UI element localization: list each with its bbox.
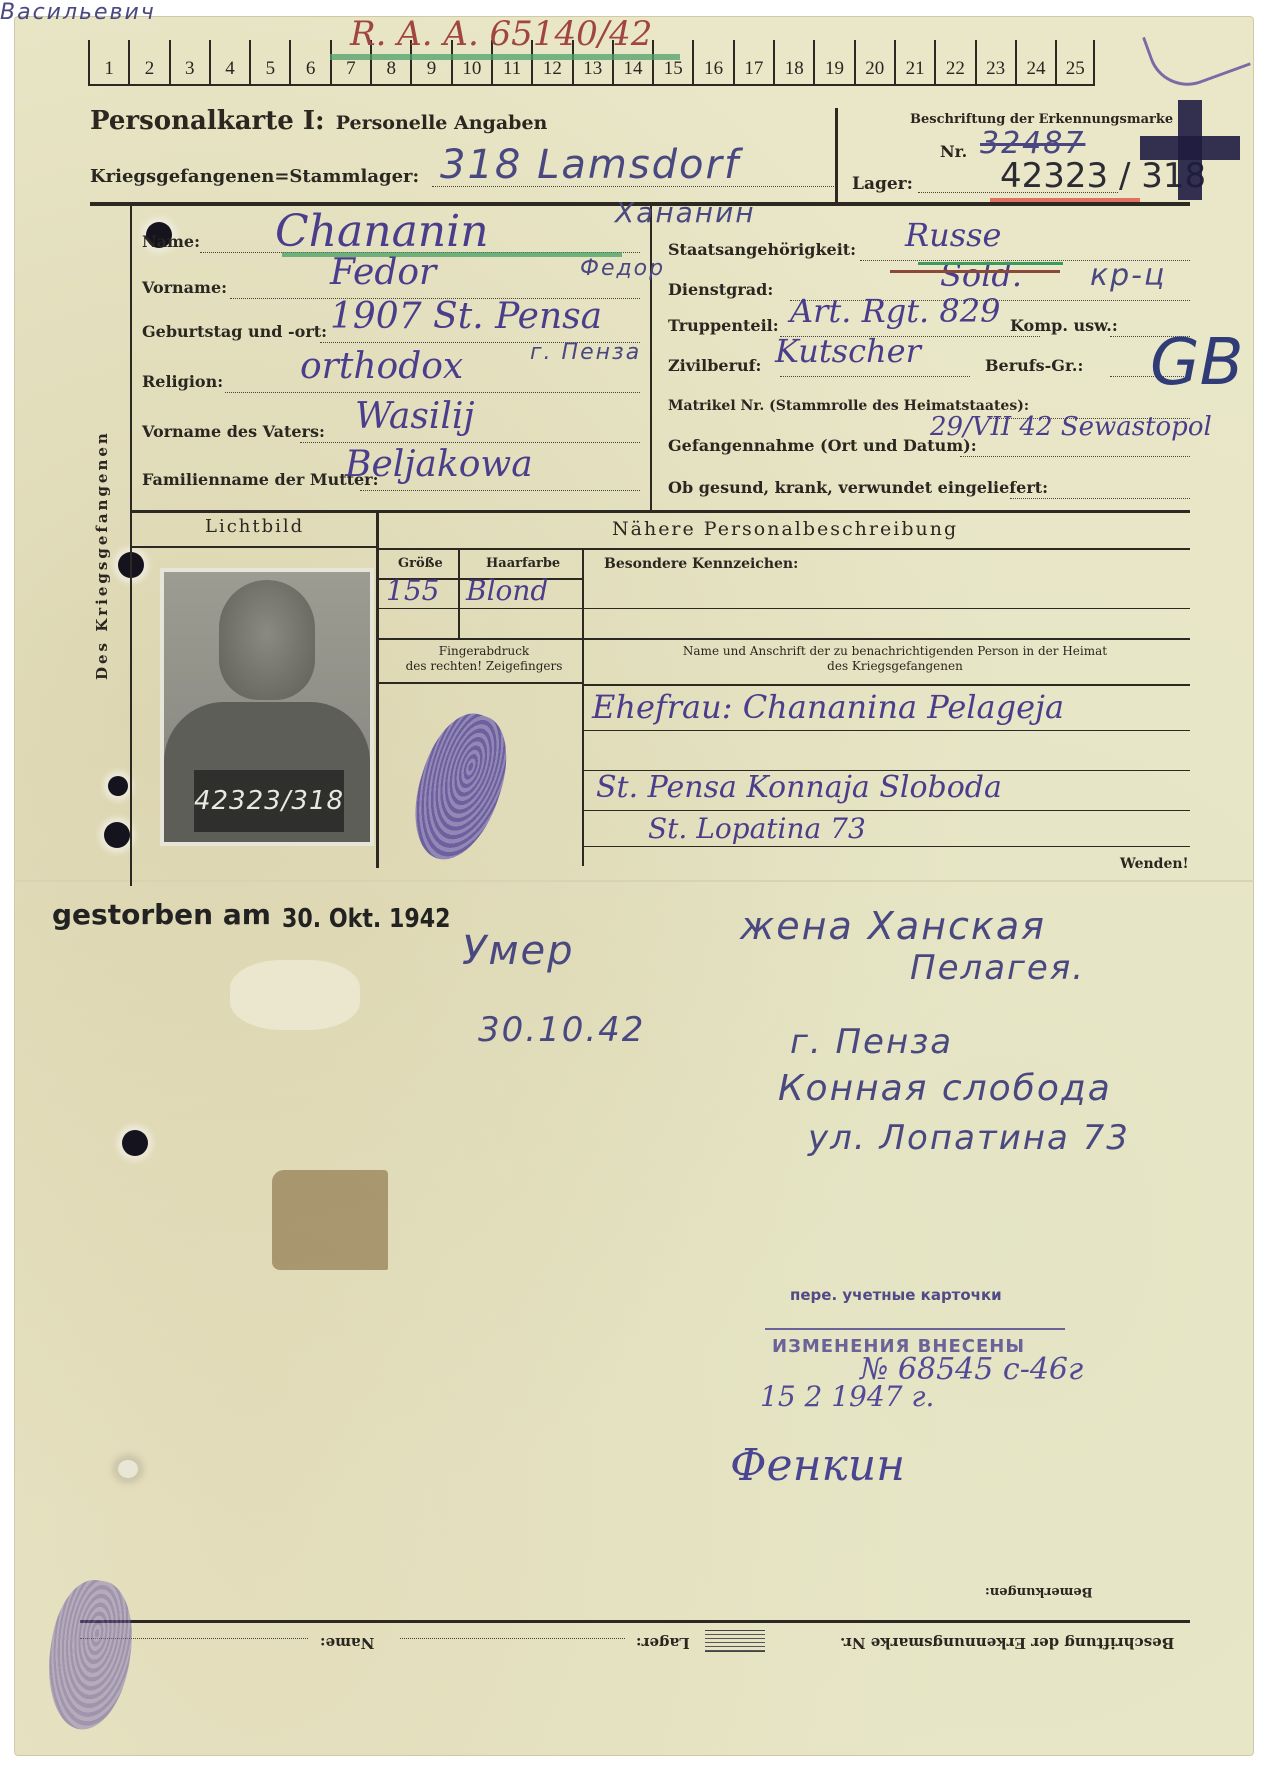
marke-heading: Beschriftung der Erkennungsmarke	[910, 112, 1173, 127]
haarfarbe-label: Haarfarbe	[486, 556, 560, 571]
photo-header-rule	[132, 546, 376, 548]
field-label: Zivilberuf:	[668, 356, 761, 375]
field-value: 29/VII 42 Sewastopol	[930, 412, 1212, 442]
cross-stamp-icon	[1140, 100, 1240, 210]
field-label: Familienname der Mutter:	[142, 470, 379, 489]
contact-rule-0	[584, 684, 1190, 686]
ruler-cell: 15	[652, 40, 692, 84]
field-label: Religion:	[142, 372, 223, 391]
soviet-stamp-line1: пере. учетные карточки	[790, 1286, 1002, 1304]
contact-line-2: St. Pensa Konnaja Sloboda	[596, 770, 1002, 805]
name-green-underline	[282, 252, 622, 257]
russe-green-underline	[918, 262, 1063, 265]
field-line	[960, 456, 1190, 457]
field-line	[360, 490, 640, 491]
field-annotation: Васильевич	[0, 0, 156, 25]
contact-rule-1	[584, 730, 1190, 731]
description-header-rule	[379, 548, 1190, 550]
ruler-cell: 22	[934, 40, 974, 84]
field-label-2: Berufs-Gr.:	[985, 356, 1083, 375]
photo-sign: 42323/318	[194, 770, 344, 832]
paper-peel	[230, 960, 360, 1030]
field-annotation: кр-ц	[1090, 258, 1166, 293]
fingerprint-label-rule	[379, 682, 583, 684]
kennzeichen-label: Besondere Kennzeichen:	[604, 556, 798, 572]
field-label: Truppenteil:	[668, 316, 779, 335]
back-lager-label: Lager:	[636, 1634, 690, 1652]
punch-hole	[108, 776, 128, 796]
photo-header: Lichtbild	[205, 516, 304, 537]
ruler-cell: 23	[975, 40, 1015, 84]
russe-red-underline	[890, 270, 1060, 273]
field-label: Dienstgrad:	[668, 280, 773, 299]
file-reference: R. A. A. 65140/42	[350, 14, 652, 54]
ruler-cell: 18	[773, 40, 813, 84]
russian-note-line: Конная слобода	[778, 1068, 1112, 1109]
contact-label: Name und Anschrift der zu benachrichtige…	[600, 644, 1190, 674]
field-label: Name:	[142, 232, 200, 251]
back-name-label: Name:	[320, 1634, 374, 1652]
punch-hole	[118, 1460, 138, 1478]
field-label: Vorname:	[142, 278, 227, 297]
margin-mark: GB	[1150, 326, 1244, 400]
ruler-cell: 17	[733, 40, 773, 84]
header-divider	[835, 108, 838, 202]
fingerprint-label-2: des rechten! Zeigefingers	[388, 659, 580, 674]
desc-row-3	[379, 638, 1190, 640]
contact-label-2: des Kriegsgefangenen	[600, 659, 1190, 674]
field-value: Kutscher	[775, 332, 921, 370]
ruler-cell: 6	[289, 40, 329, 84]
ruler-cell: 2	[128, 40, 168, 84]
stammlager-label: Kriegsgefangenen=Stammlager:	[90, 166, 419, 187]
field-label: Staatsangehörigkeit:	[668, 240, 856, 259]
field-annotation: Хананин	[615, 196, 756, 229]
ruler-cell: 19	[813, 40, 853, 84]
turn-over-label: Wenden!	[1120, 856, 1189, 872]
desc-col-2	[582, 548, 584, 866]
death-stamp-label: gestorben am	[52, 898, 271, 931]
field-label-2: Komp. usw.:	[1010, 316, 1118, 335]
soviet-stamp-date: 15 2 1947 г.	[760, 1380, 934, 1413]
field-value: Fedor	[330, 252, 436, 293]
description-header: Nähere Personalbeschreibung	[612, 518, 958, 540]
back-marke-label: Beschriftung der Erkennungsmarke Nr.	[840, 1634, 1174, 1652]
field-line	[1010, 498, 1190, 499]
contact-rule-3	[584, 810, 1190, 811]
haarfarbe-value: Blond	[466, 574, 548, 607]
marke-lager-label: Lager:	[852, 174, 913, 194]
groesse-value: 155	[386, 574, 439, 607]
death-stamp-date: 30. Okt. 1942	[282, 904, 450, 934]
back-rule	[80, 1620, 1190, 1623]
field-value: Art. Rgt. 829	[790, 292, 1000, 330]
back-lager-line	[400, 1638, 625, 1639]
desc-row-2	[379, 608, 1190, 609]
card-title: Personalkarte I: Personelle Angaben	[90, 106, 547, 136]
fingerprint-label-1: Fingerabdruck	[388, 644, 580, 659]
ruler-cell: 3	[169, 40, 209, 84]
field-line	[780, 376, 970, 377]
field-value: orthodox	[300, 346, 463, 387]
field-value: Chananin	[275, 206, 489, 257]
field-label: Geburtstag und -ort:	[142, 322, 327, 341]
field-line	[300, 442, 640, 443]
field-annotation: Федор	[580, 256, 665, 281]
soviet-stamp-signature: Фенкин	[730, 1440, 905, 1491]
green-underline	[330, 54, 680, 60]
ruler-cell: 24	[1015, 40, 1055, 84]
field-label: Ob gesund, krank, verwundet eingeliefert…	[668, 478, 1048, 497]
side-label: Des Kriegsgefangenen	[93, 430, 111, 680]
punch-hole	[122, 1130, 148, 1156]
middle-frame	[650, 206, 652, 510]
ruler-cell: 16	[692, 40, 732, 84]
ruler-cell: 25	[1055, 40, 1095, 84]
death-note-date: 30.10.42	[478, 1010, 645, 1050]
stammlager-value: 318 Lamsdorf	[440, 142, 740, 188]
ruler-cell: 4	[209, 40, 249, 84]
card-fold	[14, 880, 1254, 882]
field-line	[225, 392, 640, 393]
title-sub: Personelle Angaben	[336, 112, 548, 134]
russian-note-line: жена Ханская	[740, 904, 1046, 948]
photo-frame-right	[376, 512, 379, 868]
prisoner-photo: 42323/318	[160, 568, 374, 846]
punch-hole	[104, 822, 130, 848]
russian-note-line: ул. Лопатина 73	[808, 1118, 1130, 1158]
marke-nr-label: Nr.	[940, 142, 967, 161]
back-remarks-label: Bemerkungen:	[985, 1584, 1093, 1599]
back-marke-lines	[705, 1630, 765, 1652]
field-value: Wasilij	[355, 396, 475, 437]
paper-stain	[272, 1170, 388, 1270]
groesse-label: Größe	[398, 556, 443, 571]
death-note-word: Умер	[462, 928, 575, 974]
russian-note-line: Пелагея.	[910, 948, 1085, 988]
ruler-cell: 21	[894, 40, 934, 84]
field-value: Beljakowa	[345, 444, 533, 485]
title-main: Personalkarte I:	[90, 106, 325, 136]
fingerprint-label: Fingerabdruck des rechten! Zeigefingers	[388, 644, 580, 674]
ruler-cell: 20	[854, 40, 894, 84]
contact-line-3: St. Lopatina 73	[648, 812, 866, 845]
field-annotation: г. Пенза	[530, 340, 641, 365]
ruler-cell: 5	[249, 40, 289, 84]
contact-label-1: Name und Anschrift der zu benachrichtige…	[600, 644, 1190, 659]
field-label: Vorname des Vaters:	[142, 422, 325, 441]
russian-note-line: г. Пенза	[790, 1022, 953, 1062]
personal-bottom-rule	[132, 510, 1190, 513]
field-value: Russe	[905, 216, 1001, 254]
soviet-stamp-rule	[765, 1328, 1065, 1330]
contact-line-1: Ehefrau: Chananina Pelageja	[592, 688, 1064, 726]
desc-col-1	[458, 548, 460, 640]
field-value: 1907 St. Pensa	[330, 296, 602, 337]
ruler-cell: 1	[88, 40, 128, 84]
contact-rule-4	[584, 846, 1190, 847]
